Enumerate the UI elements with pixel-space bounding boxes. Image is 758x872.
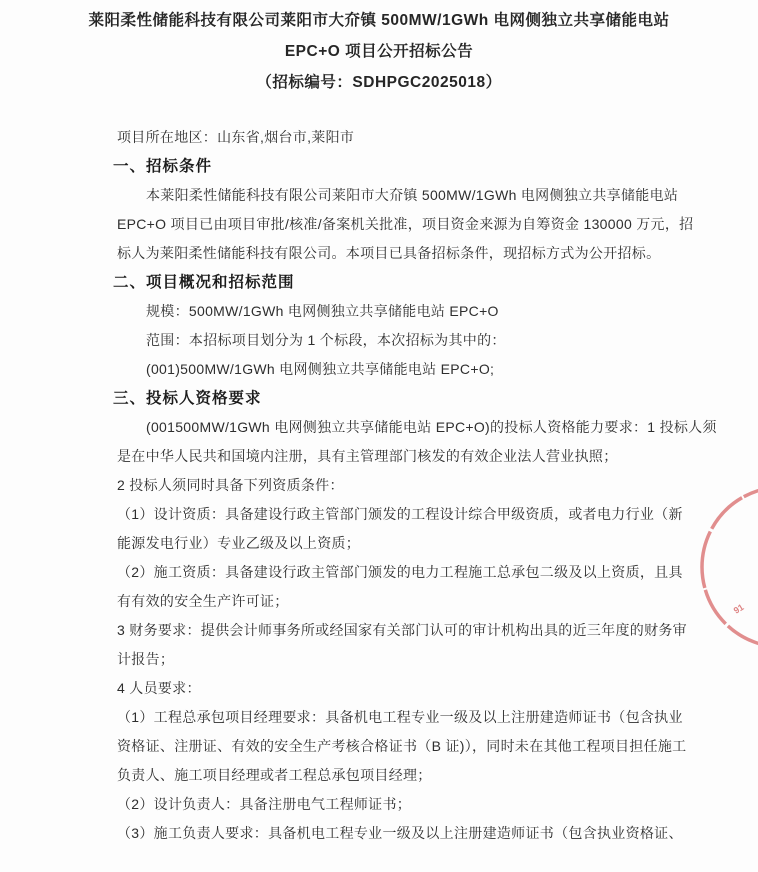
doc-line: 计报告；: [117, 645, 697, 674]
doc-line: （2）设计负责人：具备注册电气工程师证书；: [117, 790, 697, 819]
title-line: 莱阳柔性储能科技有限公司莱阳市大夼镇 500MW/1GWh 电网侧独立共享储能电…: [0, 5, 758, 36]
doc-line: 项目所在地区：山东省,烟台市,莱阳市: [117, 123, 697, 152]
document-page: 莱阳柔性储能科技有限公司莱阳市大夼镇 500MW/1GWh 电网侧独立共享储能电…: [0, 0, 758, 872]
doc-line: 规模：500MW/1GWh 电网侧独立共享储能电站 EPC+O: [117, 297, 697, 326]
document-title: 莱阳柔性储能科技有限公司莱阳市大夼镇 500MW/1GWh 电网侧独立共享储能电…: [0, 5, 758, 98]
doc-line: 负责人、施工项目经理或者工程总承包项目经理；: [117, 761, 697, 790]
doc-line: 范围：本招标项目划分为 1 个标段，本次招标为其中的：: [117, 326, 697, 355]
doc-line: 本莱阳柔性储能科技有限公司莱阳市大夼镇 500MW/1GWh 电网侧独立共享储能…: [117, 181, 697, 210]
document-body: 项目所在地区：山东省,烟台市,莱阳市一、招标条件本莱阳柔性储能科技有限公司莱阳市…: [117, 123, 697, 848]
doc-line: 有有效的安全生产许可证；: [117, 587, 697, 616]
doc-line: 3 财务要求：提供会计师事务所或经国家有关部门认可的审计机构出具的近三年度的财务…: [117, 616, 697, 645]
doc-line: 三、投标人资格要求: [113, 384, 697, 413]
doc-line: （1）设计资质：具备建设行政主管部门颁发的工程设计综合甲级资质，或者电力行业（新: [117, 500, 697, 529]
doc-line: 4 人员要求：: [117, 674, 697, 703]
doc-line: 2 投标人须同时具备下列资质条件：: [117, 471, 697, 500]
doc-line: （2）施工资质：具备建设行政主管部门颁发的电力工程施工总承包二级及以上资质，且具: [117, 558, 697, 587]
doc-line: 资格证、注册证、有效的安全生产考核合格证书（B 证)），同时未在其他工程项目担任…: [117, 732, 697, 761]
doc-line: 是在中华人民共和国境内注册，具有主管理部门核发的有效企业法人营业执照；: [117, 442, 697, 471]
doc-line: (001500MW/1GWh 电网侧独立共享储能电站 EPC+O)的投标人资格能…: [117, 413, 697, 442]
doc-line: 一、招标条件: [113, 152, 697, 181]
company-seal: 山东厚朴工 91: [690, 477, 758, 667]
doc-line: （1）工程总承包项目经理要求：具备机电工程专业一级及以上注册建造师证书（包含执业: [117, 703, 697, 732]
doc-line: 标人为莱阳柔性储能科技有限公司。本项目已具备招标条件，现招标方式为公开招标。: [117, 239, 697, 268]
doc-line: 二、项目概况和招标范围: [113, 268, 697, 297]
doc-line: （3）施工负责人要求：具备机电工程专业一级及以上注册建造师证书（包含执业资格证、: [117, 819, 697, 848]
seal-text: 山东厚朴工: [736, 637, 758, 667]
title-line: EPC+O 项目公开招标公告: [0, 36, 758, 67]
company-seal-graphic: 山东厚朴工 91: [690, 477, 758, 667]
title-line: （招标编号：SDHPGC2025018）: [0, 67, 758, 98]
seal-ring: [702, 487, 758, 647]
doc-line: (001)500MW/1GWh 电网侧独立共享储能电站 EPC+O;: [117, 355, 697, 384]
doc-line: 能源发电行业）专业乙级及以上资质；: [117, 529, 697, 558]
doc-line: EPC+O 项目已由项目审批/核准/备案机关批准，项目资金来源为自筹资金 130…: [117, 210, 697, 239]
seal-serial: 91: [732, 602, 746, 616]
